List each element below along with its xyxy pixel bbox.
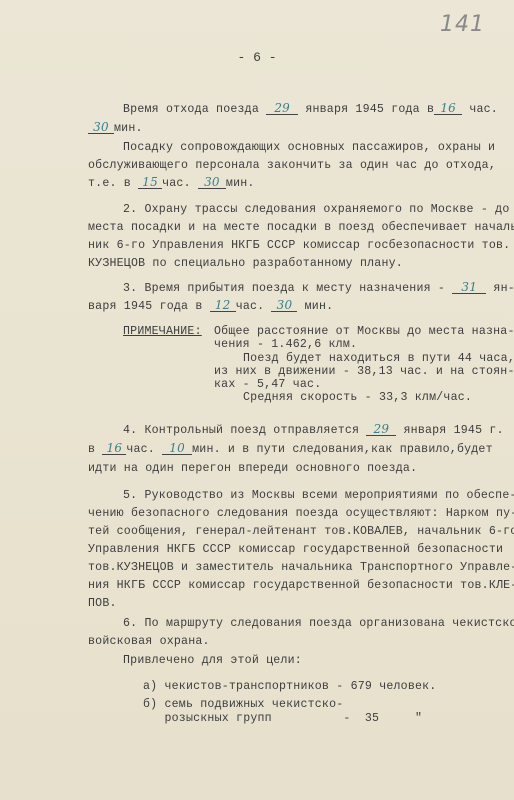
page-number: - 6 - bbox=[0, 50, 514, 65]
handwritten-control-day: 29 bbox=[366, 424, 396, 436]
departure-minutes-line: 30мин. bbox=[88, 122, 143, 135]
list-item-b-line-2: розыскных групп - 35 " bbox=[143, 712, 422, 725]
para6-line-3: Привлечено для этой цели: bbox=[123, 654, 302, 667]
para5-line-6: ния НКГБ СССР комиссар государственной б… bbox=[88, 579, 514, 592]
document-page: 141 - 6 - Время отхода поезда 29 января … bbox=[0, 0, 514, 800]
handwritten-departure-hour: 16 bbox=[434, 103, 462, 115]
note-line-1: Общее расстояние от Москвы до места назн… bbox=[214, 325, 514, 338]
boarding-line-3: т.е. в 15час. 30мин. bbox=[88, 177, 255, 190]
departure-time-line: Время отхода поезда 29 января 1945 года … bbox=[123, 103, 498, 116]
handwritten-arrival-hour: 12 bbox=[210, 300, 236, 312]
para5-line-3: тей сообщения, генерал-лейтенант тов.КОВ… bbox=[88, 525, 514, 538]
para4-line-1: 4. Контрольный поезд отправляется 29 янв… bbox=[123, 424, 504, 437]
para5-line-4: Управления НКГБ СССР комиссар государств… bbox=[88, 543, 503, 556]
note-line-5: ках - 5,47 час. bbox=[214, 378, 321, 391]
para5-line-7: ПОВ. bbox=[88, 597, 117, 610]
handwritten-boarding-min: 30 bbox=[198, 177, 226, 189]
para3-line-1: 3. Время прибытия поезда к месту назначе… bbox=[123, 282, 514, 295]
para4-line-2: в 16час. 10мин. и в пути следования,как … bbox=[88, 443, 493, 456]
handwritten-arrival-day: 31 bbox=[452, 282, 486, 294]
para3-line-2: варя 1945 года в 12час. 30 мин. bbox=[88, 300, 333, 313]
para6-line-2: войсковая охрана. bbox=[88, 635, 210, 648]
handwritten-boarding-hour: 15 bbox=[138, 177, 162, 189]
handwritten-control-min: 10 bbox=[162, 443, 192, 455]
para2-line-1: 2. Охрану трассы следования охраняемого … bbox=[123, 203, 510, 216]
note-line-6: Средняя скорость - 33,3 клм/час. bbox=[243, 391, 472, 404]
para4-line-3: идти на один перегон впереди основного п… bbox=[88, 462, 417, 475]
para2-line-4: КУЗНЕЦОВ по специально разработанному пл… bbox=[88, 257, 403, 270]
handwritten-control-hour: 16 bbox=[102, 443, 126, 455]
note-line-3: Поезд будет находиться в пути 44 часа, bbox=[243, 352, 514, 365]
para5-line-5: тов.КУЗНЕЦОВ и заместитель начальника Тр… bbox=[88, 561, 514, 574]
para2-line-3: ник 6-го Управления НКГБ СССР комиссар г… bbox=[88, 239, 510, 252]
para5-line-2: чению безопасного следования поезда осущ… bbox=[88, 507, 514, 520]
handwritten-arrival-min: 30 bbox=[271, 300, 297, 312]
para2-line-2: места посадки и на месте посадки в поезд… bbox=[88, 221, 514, 234]
note-label: ПРИМЕЧАНИЕ: bbox=[123, 325, 202, 338]
para6-line-1: 6. По маршруту следования поезда организ… bbox=[123, 617, 514, 630]
note-line-4: из них в движении - 38,13 час. и на стоя… bbox=[214, 365, 514, 378]
archive-folio-number: 141 bbox=[440, 12, 485, 37]
handwritten-departure-min: 30 bbox=[88, 122, 114, 134]
boarding-line-2: обслуживающего персонала закончить за од… bbox=[88, 159, 496, 172]
para5-line-1: 5. Руководство из Москвы всеми мероприят… bbox=[123, 489, 514, 502]
note-line-2: чения - 1.462,6 клм. bbox=[214, 338, 357, 351]
list-item-b-line-1: б) семь подвижных чекистско- bbox=[143, 698, 343, 711]
handwritten-departure-day: 29 bbox=[266, 103, 298, 115]
list-item-a: а) чекистов-транспортников - 679 человек… bbox=[143, 680, 436, 693]
boarding-line-1: Посадку сопровождающих основных пассажир… bbox=[123, 141, 495, 154]
